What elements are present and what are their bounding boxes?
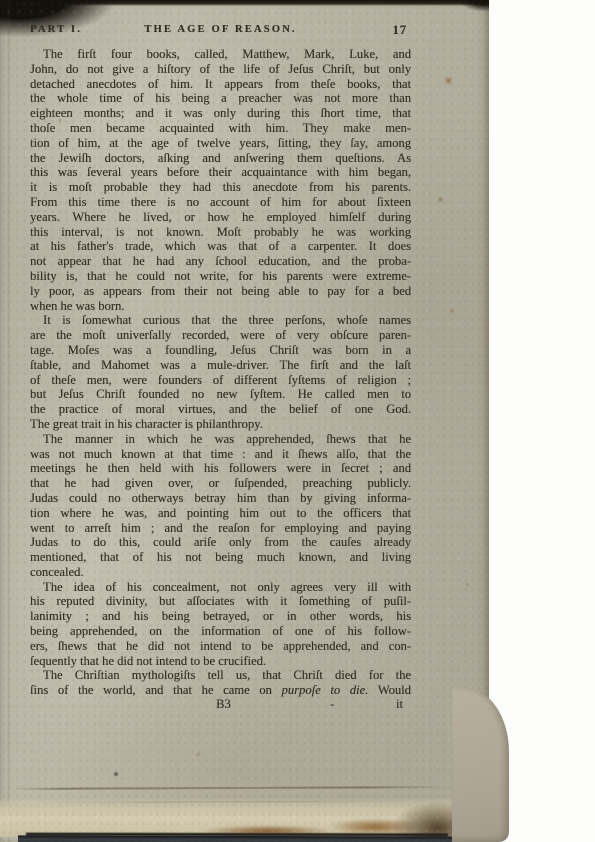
text-line: it is moſt probable they had this anecdo… xyxy=(30,180,411,195)
foxing-spot xyxy=(444,76,453,85)
text-line: of theſe men, were founders of different… xyxy=(30,373,411,388)
text-line: thoſe men became acquainted with him. Th… xyxy=(30,121,411,136)
running-title: THE AGE OF REASON. xyxy=(144,24,296,35)
page-number: 17 xyxy=(393,23,408,38)
text-line: are the moſt univerſally recorded, were … xyxy=(30,328,411,343)
signature-mark: B3 xyxy=(216,697,231,712)
text-line: bility is, that he could not write, for … xyxy=(30,269,411,284)
text-line: ſtable, and Mahomet was a mule-driver. T… xyxy=(30,358,411,373)
text-line: tage. Moſes was a foundling, Jeſus Chriſ… xyxy=(30,343,411,358)
text-line: the Jewiſh doctors, aſking and anſwering… xyxy=(30,151,411,166)
text-line: not appear that he had any ſchool educat… xyxy=(30,254,411,269)
text-line: went to arreſt him ; and the reaſon for … xyxy=(30,521,411,536)
foxing-spot xyxy=(449,308,455,314)
text-line: that he had given over, or ſuſpended, pr… xyxy=(30,476,411,491)
text-line: but Jeſus Chriſt founded no new ſyſtem. … xyxy=(30,387,411,402)
text-line: The great trait in his character is phil… xyxy=(30,417,411,432)
text-line: the whole time of his being a preacher w… xyxy=(30,91,411,106)
text-line: being apprehended, on the information of… xyxy=(30,624,411,639)
text-line: his reputed divinity, but aſſociates wit… xyxy=(30,594,411,609)
foxing-spot xyxy=(465,582,470,587)
text-line: this was ſeveral years before their acqu… xyxy=(30,165,411,180)
text-line: ly poor, as appears from their not being… xyxy=(30,284,411,299)
catchword: it xyxy=(396,697,403,712)
text-line: eighteen months; and it was only during … xyxy=(30,106,411,121)
page-bottom-edge xyxy=(0,797,489,837)
signature-line: B3 - it xyxy=(30,697,411,713)
body-text: The firſt four books, called, Matthew, M… xyxy=(30,47,411,698)
horizontal-crease xyxy=(12,786,444,790)
left-crease xyxy=(7,0,10,842)
foxing-spot xyxy=(437,196,444,203)
text-line: was not much known at that time : and it… xyxy=(30,447,411,462)
foxing-spot xyxy=(196,752,201,757)
text-line: lanimity ; and his being betrayed, or in… xyxy=(30,609,411,624)
binding-strip xyxy=(18,835,470,842)
text-line: It is ſomewhat curious that the three pe… xyxy=(30,313,411,328)
book-page-scan: PART I. THE AGE OF REASON. 17 The firſt … xyxy=(0,0,595,842)
text-line: The Chriſtian mythologiſts tell us, that… xyxy=(30,668,411,683)
text-line: The idea of his concealment, not only ag… xyxy=(30,580,411,595)
text-line: concealed. xyxy=(30,565,411,580)
text-line: tion of him, at the age of twelve years,… xyxy=(30,136,411,151)
top-right-corner-shadow xyxy=(459,0,489,12)
text-line: Judas could no otherways betray him than… xyxy=(30,491,411,506)
text-line: John, do not give a hiſtory of the life … xyxy=(30,62,411,77)
text-line: The manner in which he was apprehended, … xyxy=(30,432,411,447)
scorch-mark xyxy=(328,818,423,833)
text-line: years. Where he lived, or how he employe… xyxy=(30,210,411,225)
text-line: From this time there is no account of hi… xyxy=(30,195,411,210)
signature-dash: - xyxy=(330,697,334,712)
foxing-spot xyxy=(113,771,119,777)
text-line: Judas to do this, could ariſe only from … xyxy=(30,535,411,550)
text-line: this interval, is not known. Moſt probab… xyxy=(30,225,411,240)
text-line: when he was born. xyxy=(30,299,411,314)
text-line: mentioned, that of his not being much kn… xyxy=(30,550,411,565)
text-line: The firſt four books, called, Matthew, M… xyxy=(30,47,411,62)
text-line: meetings he then held with his followers… xyxy=(30,461,411,476)
text-line: tion where he was, and pointing him out … xyxy=(30,506,411,521)
page-header: PART I. THE AGE OF REASON. 17 xyxy=(30,23,411,37)
adjacent-page-corner xyxy=(452,688,509,842)
text-line: detached anecdotes of him. It appears fr… xyxy=(30,77,411,92)
text-line: ers, ſhews that he did not intend to be … xyxy=(30,639,411,654)
page-paper: PART I. THE AGE OF REASON. 17 The firſt … xyxy=(0,0,489,842)
text-line: the practice of moral virtues, and the b… xyxy=(30,402,411,417)
part-label: PART I. xyxy=(30,24,82,35)
text-span: ſins of the world, and that he came on xyxy=(30,683,282,697)
text-line: at his father's trade, which was that of… xyxy=(30,239,411,254)
text-span: Would xyxy=(368,683,411,697)
text-line: ſequently that he did not intend to be c… xyxy=(30,654,411,669)
text-line: ſins of the world, and that he came on p… xyxy=(30,683,411,698)
italic-phrase: purpoſe to die. xyxy=(282,683,369,697)
